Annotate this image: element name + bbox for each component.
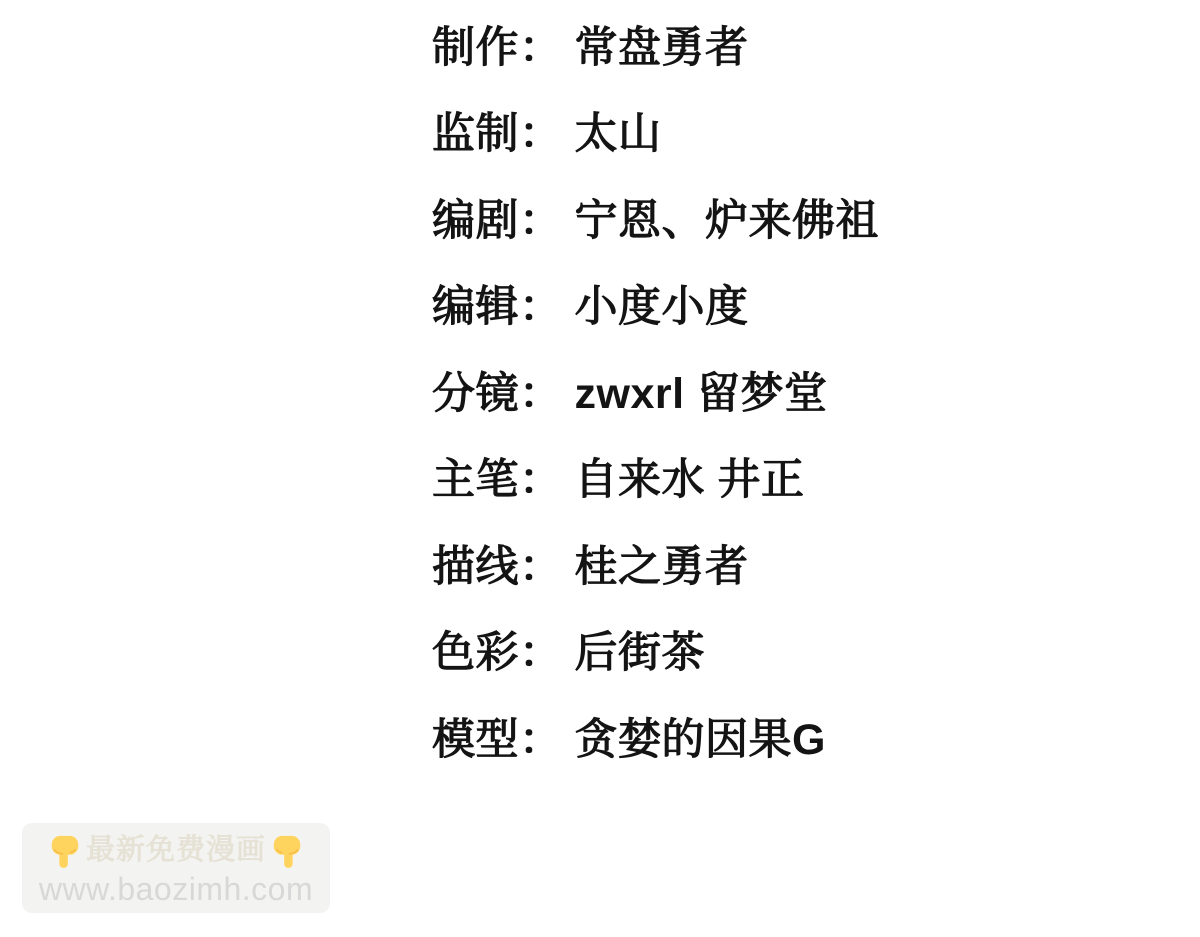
credit-row-producer: 制作：常盘勇者	[432, 1, 879, 88]
credit-colon: ：	[519, 100, 563, 161]
credit-colon: ：	[519, 533, 563, 594]
credit-colon: ：	[519, 14, 563, 75]
credit-value: 宁恩、炉来佛祖	[575, 187, 880, 248]
credit-colon: ：	[519, 706, 563, 767]
credit-label: 描线	[432, 533, 519, 594]
credit-label: 制作	[432, 14, 519, 75]
credit-label: 编辑	[432, 273, 519, 334]
credit-colon: ：	[519, 360, 563, 421]
credit-row-color: 色彩：后街茶	[432, 607, 879, 694]
credit-colon: ：	[519, 446, 563, 507]
credit-row-model: 模型：贪婪的因果G	[432, 693, 879, 780]
credit-row-screenwriter: 编剧：宁恩、炉来佛祖	[432, 174, 879, 261]
credit-value: 桂之勇者	[575, 533, 749, 594]
watermark-title-row: 最新免费漫画	[48, 832, 304, 870]
credit-label: 模型	[432, 706, 519, 767]
credit-colon: ：	[519, 187, 563, 248]
credit-colon: ：	[519, 273, 563, 334]
credit-colon: ：	[519, 619, 563, 680]
credit-row-lead-artist: 主笔：自来水 井正	[432, 434, 879, 521]
watermark-badge: 最新免费漫画 www.baozimh.com	[22, 823, 330, 913]
pointing-down-icon	[48, 832, 82, 870]
credit-row-storyboard: 分镜：zwxrl 留梦堂	[432, 347, 879, 434]
credit-label: 监制	[432, 100, 519, 161]
watermark-url: www.baozimh.com	[39, 873, 313, 905]
credit-value: 自来水 井正	[575, 446, 805, 507]
credit-label: 分镜	[432, 360, 519, 421]
credit-value: 贪婪的因果G	[575, 706, 826, 767]
pointing-down-icon	[270, 832, 304, 870]
credit-value: 小度小度	[575, 273, 749, 334]
credit-label: 主笔	[432, 446, 519, 507]
credit-value: zwxrl 留梦堂	[575, 360, 828, 421]
credit-row-supervisor: 监制：太山	[432, 88, 879, 175]
credit-row-editor: 编辑：小度小度	[432, 261, 879, 348]
credit-row-line-art: 描线：桂之勇者	[432, 520, 879, 607]
credit-label: 色彩	[432, 619, 519, 680]
watermark-text: 最新免费漫画	[86, 836, 266, 865]
credit-value: 常盘勇者	[575, 14, 749, 75]
credits-list: 制作：常盘勇者 监制：太山 编剧：宁恩、炉来佛祖 编辑：小度小度 分镜：zwxr…	[432, 1, 879, 780]
credit-value: 后街茶	[575, 619, 706, 680]
credit-label: 编剧	[432, 187, 519, 248]
credit-value: 太山	[575, 100, 662, 161]
